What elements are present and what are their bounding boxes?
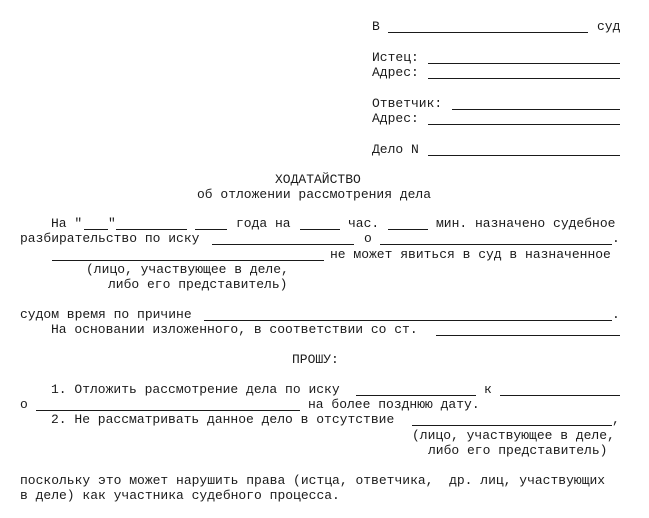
court-suffix: суд [597, 19, 620, 34]
day-field[interactable] [84, 229, 108, 230]
closing-line-2: в деле) как участника судебного процесса… [20, 488, 340, 503]
item1-defendant-field[interactable] [500, 395, 620, 396]
p5-text: На основании изложенного, в соответствии… [51, 322, 418, 337]
plaintiff-label: Истец: [372, 50, 419, 65]
defendant-address-field[interactable] [428, 124, 620, 125]
request-heading: ПРОШУ: [292, 352, 339, 367]
plaintiff-field[interactable] [428, 63, 620, 64]
participant-field-1[interactable] [52, 260, 324, 261]
year-field[interactable] [195, 229, 227, 230]
plaintiff-address-field[interactable] [428, 78, 620, 79]
p2-text-c: . [612, 231, 620, 246]
claim-by-field[interactable] [212, 244, 354, 245]
p1-text-c: года на [236, 216, 291, 231]
item1-text-c: о [20, 397, 28, 412]
item2-text: 2. Не рассматривать данное дело в отсутс… [51, 412, 394, 427]
hour-field[interactable] [300, 229, 340, 230]
claim-subject-field[interactable] [380, 244, 612, 245]
month-field[interactable] [116, 229, 187, 230]
document-title: ХОДАТАЙСТВО [275, 172, 361, 187]
p1-text-d: час. [348, 216, 379, 231]
participant-note-2-line1: (лицо, участвующее в деле, [412, 428, 615, 443]
plaintiff-address-label: Адрес: [372, 65, 419, 80]
case-number-field[interactable] [428, 155, 620, 156]
closing-line-1: поскольку это может нарушить права (истц… [20, 473, 605, 488]
participant-note-1-line2: либо его представитель) [108, 277, 287, 292]
p1-text-a: На " [51, 216, 82, 231]
p4-text-a: судом время по причине [20, 307, 192, 322]
p2-text-b: о [364, 231, 372, 246]
item2-end: , [612, 412, 620, 427]
p2-text-a: разбирательство по иску [20, 231, 199, 246]
p1-text-e: мин. назначено судебное [436, 216, 615, 231]
defendant-field[interactable] [452, 109, 620, 110]
reason-field[interactable] [204, 320, 612, 321]
defendant-label: Ответчик: [372, 96, 442, 111]
item1-text-d: на более позднюю дату. [308, 397, 480, 412]
participant-note-1-line1: (лицо, участвующее в деле, [86, 262, 289, 277]
defendant-address-label: Адрес: [372, 111, 419, 126]
case-number-label: Дело N [372, 142, 419, 157]
item1-subject-field[interactable] [36, 410, 300, 411]
p1-text-b: " [108, 216, 116, 231]
p3-text: не может явиться в суд в назначенное [330, 247, 611, 262]
p4-text-b: . [612, 307, 620, 322]
item2-participant-field[interactable] [412, 425, 612, 426]
participant-note-2-line2: либо его представитель) [428, 443, 607, 458]
document-subtitle: об отложении рассмотрения дела [197, 187, 431, 202]
court-name-field[interactable] [388, 32, 588, 33]
item1-claim-field[interactable] [356, 395, 476, 396]
article-field[interactable] [436, 335, 620, 336]
item1-text-b: к [484, 382, 492, 397]
item1-text-a: 1. Отложить рассмотрение дела по иску [51, 382, 340, 397]
minute-field[interactable] [388, 229, 428, 230]
court-prefix: В [372, 19, 380, 34]
